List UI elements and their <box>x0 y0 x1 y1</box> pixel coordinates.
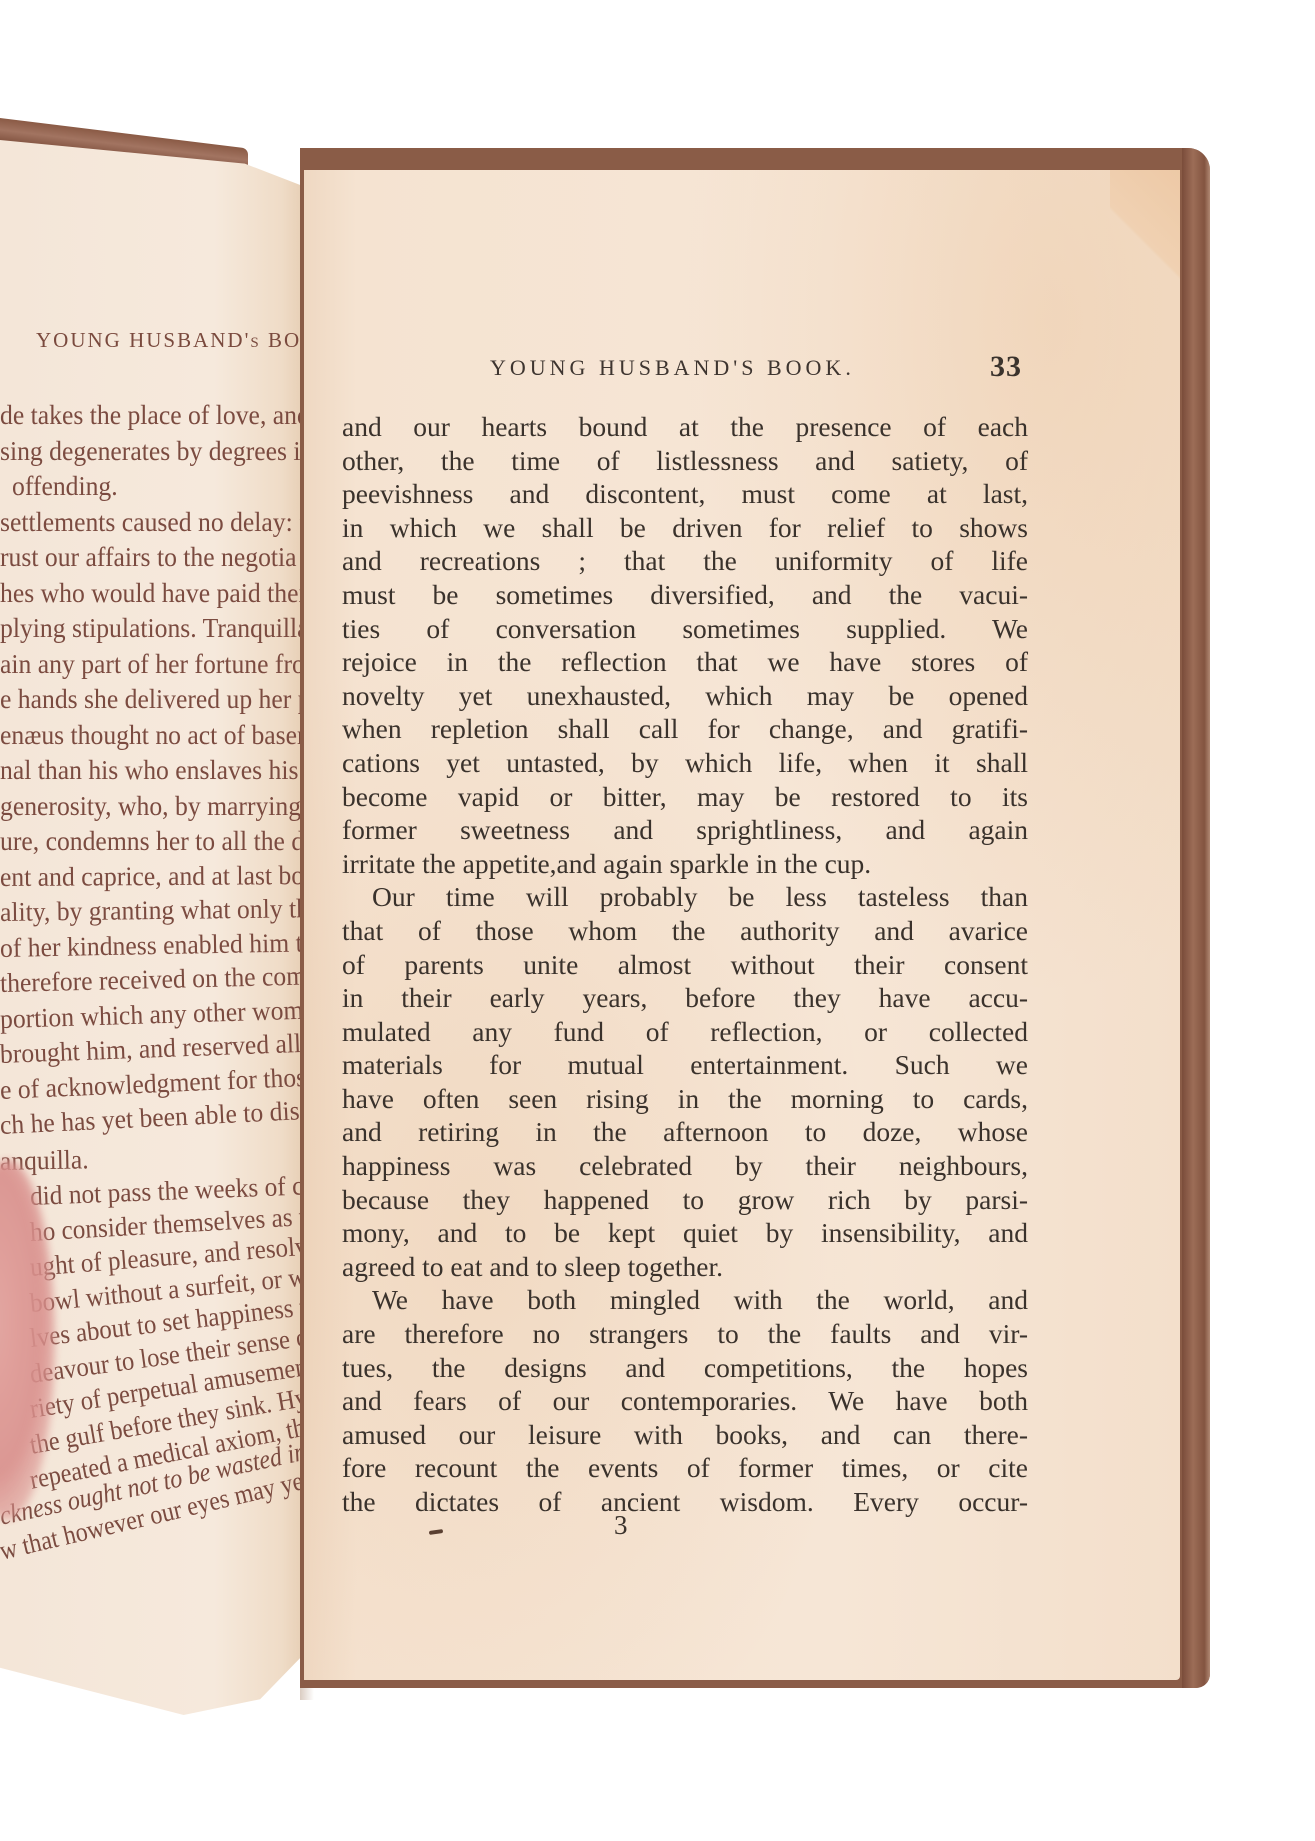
text-line: generosity, who, by marrying with <box>0 791 306 822</box>
text-line: rejoice in the reflection that we have s… <box>342 645 1028 679</box>
cover-fore-edge <box>1182 148 1210 1688</box>
text-line: sing degenerates by degrees in <box>0 436 306 467</box>
text-line: therefore received on the common <box>0 959 306 999</box>
text-line: peevishness and discontent, must come at… <box>342 477 1028 511</box>
text-line: settlements caused no delay: for <box>0 507 306 538</box>
book-photo: de takes the place of love, and thesing … <box>0 0 1315 1841</box>
text-line: and fears of our contemporaries. We have… <box>342 1384 1028 1418</box>
text-line: ality, by granting what only the m <box>0 893 306 928</box>
text-line: enæus thought no act of baseness <box>0 720 306 751</box>
text-line: ties of conversation sometimes supplied.… <box>342 612 1028 646</box>
text-line: become vapid or bitter, may be restored … <box>342 780 1028 814</box>
text-line: in their early years, before they have a… <box>342 981 1028 1015</box>
text-line: plying stipulations. Tranquilla s <box>0 613 306 644</box>
text-line: of parents unite almost without their co… <box>342 948 1028 982</box>
text-line: portion which any other woman <box>0 994 306 1035</box>
text-line: other, the time of listlessness and sati… <box>342 444 1028 478</box>
right-page: YOUNG HUSBAND'S BOOK. 33 and our hearts … <box>304 170 1180 1680</box>
ink-mark <box>429 1529 443 1535</box>
text-line: offending. <box>12 471 118 502</box>
text-line: agreed to eat and to sleep together. <box>342 1250 1028 1284</box>
left-running-head: YOUNG HUSBAND's BOOK. <box>36 328 343 353</box>
text-line: the dictates of ancient wisdom. Every oc… <box>342 1485 1028 1519</box>
text-line: because they happened to grow rich by pa… <box>342 1183 1028 1217</box>
text-line: irritate the appetite,and again sparkle … <box>342 847 1028 881</box>
text-line: are therefore no strangers to the faults… <box>342 1317 1028 1351</box>
text-line: and our hearts bound at the presence of … <box>342 410 1028 444</box>
right-running-head: YOUNG HUSBAND'S BOOK. <box>490 355 855 381</box>
right-page-body: and our hearts bound at the presence of … <box>342 410 1032 1519</box>
text-line: happiness was celebrated by their neighb… <box>342 1149 1028 1183</box>
text-line: cations yet untasted, by which life, whe… <box>342 746 1028 780</box>
text-line: have often seen rising in the morning to… <box>342 1082 1028 1116</box>
text-line: hes who would have paid their <box>0 578 306 609</box>
text-line: tues, the designs and competitions, the … <box>342 1351 1028 1385</box>
text-line: and retiring in the afternoon to doze, w… <box>342 1115 1028 1149</box>
text-line: ain any part of her fortune from h <box>0 649 306 680</box>
text-line: and recreations ; that the uniformity of… <box>342 544 1028 578</box>
left-page: de takes the place of love, and thesing … <box>0 140 306 1715</box>
text-line: amused our leisure with books, and can t… <box>342 1418 1028 1452</box>
text-line: former sweetness and sprightliness, and … <box>342 813 1028 847</box>
text-line: mulated any fund of reflection, or colle… <box>342 1015 1028 1049</box>
text-line: must be sometimes diversified, and the v… <box>342 578 1028 612</box>
text-line: novelty yet unexhausted, which may be op… <box>342 679 1028 713</box>
text-line: of her kindness enabled him to wi <box>0 926 306 963</box>
text-line: nal than his who enslaves his wife <box>0 755 306 786</box>
text-line: mony, and to be kept quiet by insensibil… <box>342 1216 1028 1250</box>
page-corner-stain <box>1110 170 1180 320</box>
text-line: rust our affairs to the negotia <box>0 542 297 573</box>
text-line: e hands she delivered up her person <box>0 684 306 715</box>
text-line: that of those whom the authority and ava… <box>342 914 1028 948</box>
text-line: ure, condemns her to all the dang <box>0 826 306 857</box>
text-line: ent and caprice, and at last boas <box>0 860 306 893</box>
text-line: when repletion shall call for change, an… <box>342 712 1028 746</box>
page-number: 33 <box>990 350 1022 384</box>
signature-mark: 3 <box>614 1510 628 1541</box>
text-line: materials for mutual entertainment. Such… <box>342 1048 1028 1082</box>
text-line: de takes the place of love, and the <box>0 400 306 431</box>
text-line: fore recount the events of former times,… <box>342 1451 1028 1485</box>
text-line: Our time will probably be less tasteless… <box>342 880 1028 914</box>
text-line: We have both mingled with the world, and <box>342 1283 1028 1317</box>
text-line: in which we shall be driven for relief t… <box>342 511 1028 545</box>
